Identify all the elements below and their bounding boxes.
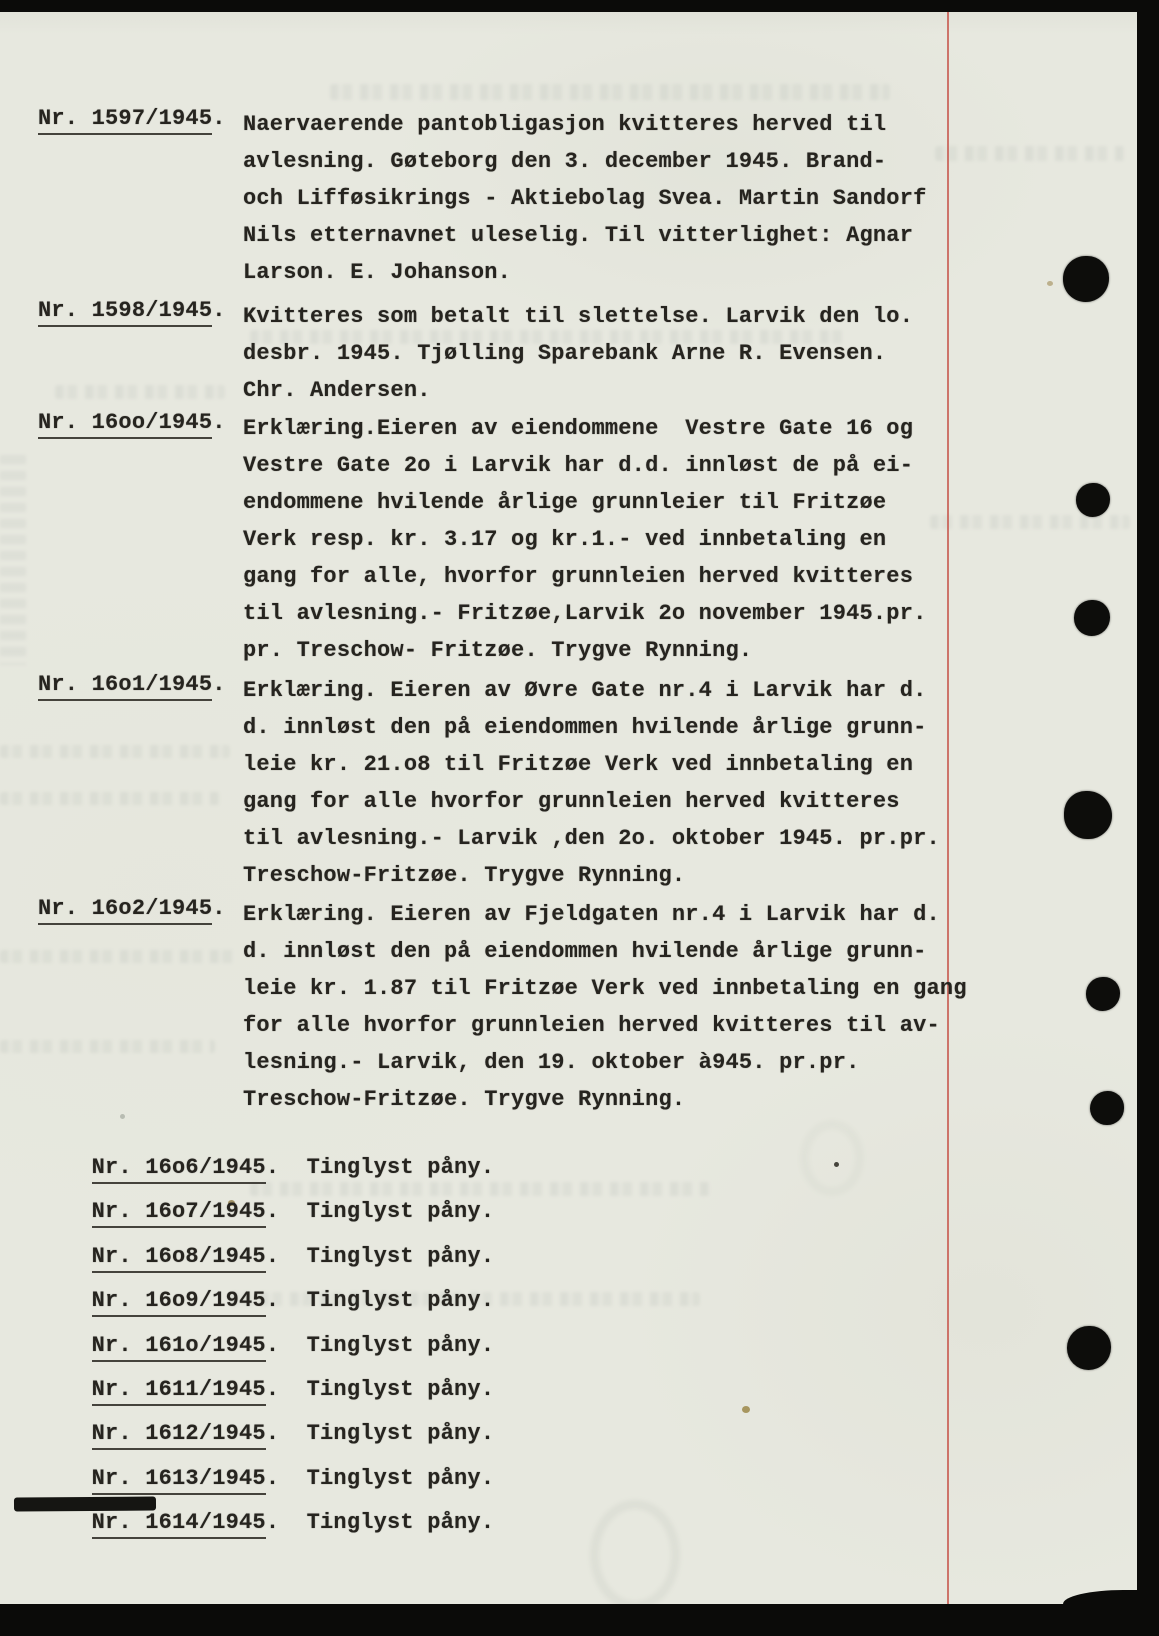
entry-text-line: Erklæring. Eieren av Fjeldgaten nr.4 i L… xyxy=(243,896,973,933)
punch-hole xyxy=(1064,791,1112,839)
punch-hole xyxy=(1086,977,1120,1011)
entry-number: Nr. 16o1/1945. xyxy=(38,672,226,697)
entry-number: Nr. 1598/1945. xyxy=(38,298,226,323)
entry-number-suffix: . xyxy=(212,106,225,131)
entry-number: Nr. 16oo/1945. xyxy=(38,410,226,435)
register-entry-short: Nr. 16o9/1945.Tinglyst påny. xyxy=(38,1245,494,1282)
register-entry-short: Nr. 16o7/1945.Tinglyst påny. xyxy=(38,1156,494,1193)
entry-text-line: for alle hvorfor grunnleien herved kvitt… xyxy=(243,1007,973,1044)
register-entry-short: Nr. 16o6/1945.Tinglyst påny. xyxy=(38,1112,494,1149)
entry-number-text: Nr. 1598/1945 xyxy=(38,298,212,327)
register-entry: Nr. 16o2/1945. Erklæring. Eieren av Fjel… xyxy=(38,896,973,1118)
entry-text: Erklæring. Eieren av Fjeldgaten nr.4 i L… xyxy=(243,896,973,1118)
register-entry-short: Nr. 1611/1945.Tinglyst påny. xyxy=(38,1334,494,1371)
punch-hole xyxy=(1063,256,1109,302)
entry-text-line: Verk resp. kr. 3.17 og kr.1.- ved innbet… xyxy=(243,521,973,558)
entry-text-line: Nils etternavnet uleselig. Til vitterlig… xyxy=(243,217,973,254)
register-entry-short: Nr. 1613/1945.Tinglyst påny. xyxy=(38,1423,494,1460)
scan-edge-bottom xyxy=(0,1604,1159,1636)
entry-number-suffix: . xyxy=(212,298,225,323)
entry-text-line: leie kr. 21.o8 til Fritzøe Verk ved innb… xyxy=(243,746,973,783)
entry-text-line: gang for alle hvorfor grunnleien herved … xyxy=(243,783,973,820)
register-entry: Nr. 1597/1945. Naervaerende pantobligasj… xyxy=(38,106,973,291)
punch-hole xyxy=(1067,1326,1111,1370)
register-entry: Nr. 1598/1945. Kvitteres som betalt til … xyxy=(38,298,973,409)
register-entry-short: Nr. 16o8/1945.Tinglyst påny. xyxy=(38,1201,494,1238)
entry-text: Kvitteres som betalt til slettelse. Larv… xyxy=(243,298,973,409)
register-entry-short: Nr. 1612/1945.Tinglyst påny. xyxy=(38,1378,494,1415)
scan-edge-top xyxy=(0,0,1159,12)
entry-text-line: gang for alle, hvorfor grunnleien herved… xyxy=(243,558,973,595)
entry-text-line: Larson. E. Johanson. xyxy=(243,254,973,291)
entry-text-line: desbr. 1945. Tjølling Sparebank Arne R. … xyxy=(243,335,973,372)
entry-text-line: Treschow-Fritzøe. Trygve Rynning. xyxy=(243,857,973,894)
punch-hole xyxy=(1076,483,1110,517)
entry-number-text: Nr. 1597/1945 xyxy=(38,106,212,135)
entry-text: Erklæring. Eieren av Øvre Gate nr.4 i La… xyxy=(243,672,973,894)
entry-text-line: d. innløst den på eiendommen hvilende år… xyxy=(243,709,973,746)
register-entries: Nr. 1597/1945. Naervaerende pantobligasj… xyxy=(0,0,1159,1636)
entry-number: Nr. 1597/1945. xyxy=(38,106,226,131)
entry-number-suffix: . xyxy=(212,896,225,921)
entry-number-text: Nr. 16oo/1945 xyxy=(38,410,212,439)
punch-hole xyxy=(1074,600,1110,636)
entry-text-line: och Lifføsikrings - Aktiebolag Svea. Mar… xyxy=(243,180,973,217)
entry-number-suffix: . xyxy=(266,1510,279,1535)
entry-text-line: Naervaerende pantobligasjon kvitteres he… xyxy=(243,106,973,143)
entry-text-line: Kvitteres som betalt til slettelse. Larv… xyxy=(243,298,973,335)
entry-text-line: til avlesning.- Fritzøe,Larvik 2o novemb… xyxy=(243,595,973,632)
scan-edge-right xyxy=(1137,0,1159,1636)
entry-number-text: Nr. 16o1/1945 xyxy=(38,672,212,701)
entry-text-line: Vestre Gate 2o i Larvik har d.d. innløst… xyxy=(243,447,973,484)
entry-number-suffix: . xyxy=(212,672,225,697)
entry-text: Erklæring.Eieren av eiendommene Vestre G… xyxy=(243,410,973,669)
scan-edge-smudge xyxy=(14,1497,156,1512)
entry-number-suffix: . xyxy=(212,410,225,435)
entry-number-text: Nr. 1614/1945 xyxy=(92,1510,266,1539)
entry-text-line: d. innløst den på eiendommen hvilende år… xyxy=(243,933,973,970)
entry-text-line: Chr. Andersen. xyxy=(243,372,973,409)
entry-number-text: Nr. 16o2/1945 xyxy=(38,896,212,925)
entry-text-line: til avlesning.- Larvik ,den 2o. oktober … xyxy=(243,820,973,857)
scanned-register-page: Nr. 1597/1945. Naervaerende pantobligasj… xyxy=(0,0,1159,1636)
register-entry: Nr. 16o1/1945. Erklæring. Eieren av Øvre… xyxy=(38,672,973,894)
entry-text-line: endommene hvilende årlige grunnleier til… xyxy=(243,484,973,521)
punch-hole xyxy=(1090,1091,1124,1125)
entry-text-line: avlesning. Gøteborg den 3. december 1945… xyxy=(243,143,973,180)
register-entry-short: Nr. 161o/1945.Tinglyst påny. xyxy=(38,1290,494,1327)
entry-text: Naervaerende pantobligasjon kvitteres he… xyxy=(243,106,973,291)
entry-status-text: Tinglyst påny. xyxy=(307,1510,495,1535)
entry-number: Nr. 16o2/1945. xyxy=(38,896,226,921)
entry-text-line: Erklæring.Eieren av eiendommene Vestre G… xyxy=(243,410,973,447)
entry-text-line: Erklæring. Eieren av Øvre Gate nr.4 i La… xyxy=(243,672,973,709)
entry-text-line: leie kr. 1.87 til Fritzøe Verk ved innbe… xyxy=(243,970,973,1007)
entry-text-line: pr. Treschow- Fritzøe. Trygve Rynning. xyxy=(243,632,973,669)
entry-text-line: lesning.- Larvik, den 19. oktober à945. … xyxy=(243,1044,973,1081)
register-entry: Nr. 16oo/1945. Erklæring.Eieren av eiend… xyxy=(38,410,973,669)
